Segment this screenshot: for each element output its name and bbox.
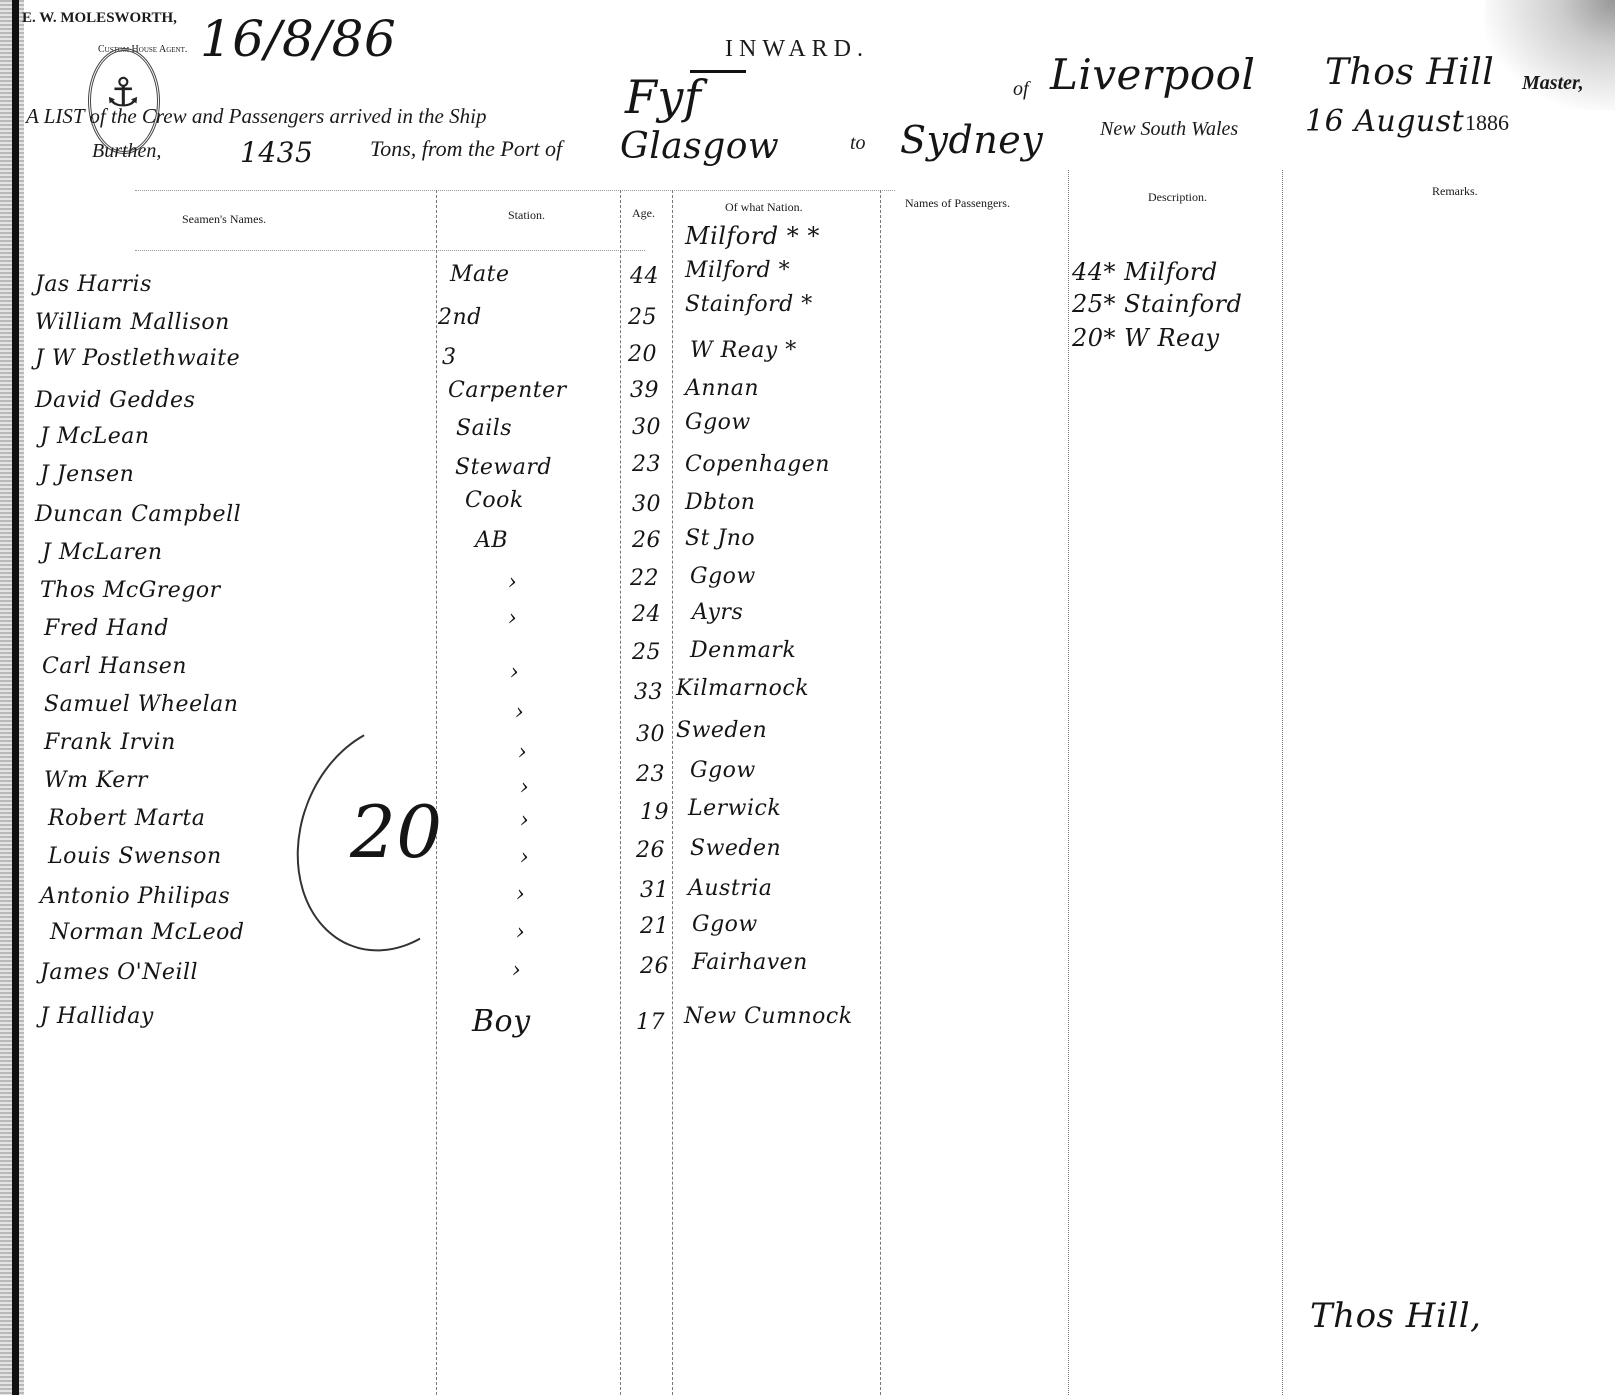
tons-from-label: Tons, from the Port of <box>370 136 562 162</box>
seaman-name: Robert Marta <box>48 806 205 831</box>
seaman-nation: Sweden <box>676 718 767 743</box>
seaman-nation: Fairhaven <box>692 950 808 975</box>
seaman-station: AB <box>475 528 508 553</box>
seaman-nation: Lerwick <box>688 796 781 821</box>
to-label: to <box>850 132 866 155</box>
seaman-age: 22 <box>630 566 659 591</box>
seaman-name: J Halliday <box>40 1004 154 1029</box>
seaman-name: Frank Irvin <box>44 730 176 755</box>
nation-overwrite: Milford * * <box>685 222 820 250</box>
ship-name: Fyf <box>625 70 701 124</box>
crew-total: 20 <box>350 790 443 874</box>
seaman-name: J McLean <box>40 424 150 449</box>
arrival-year: 1886 <box>1465 110 1509 136</box>
seaman-nation: Milford * <box>685 258 790 283</box>
page-binding-edge <box>0 0 24 1395</box>
seaman-nation: Denmark <box>690 638 796 663</box>
seaman-name: David Geddes <box>35 388 195 413</box>
list-line: A LIST of the Crew and Passengers arrive… <box>26 104 486 129</box>
seaman-station: 3 <box>442 345 457 370</box>
seaman-age: 26 <box>632 528 661 553</box>
seaman-name: J McLaren <box>42 540 163 565</box>
seaman-name: Norman McLeod <box>50 920 244 945</box>
seaman-age: 17 <box>636 1010 665 1035</box>
arrival-date: 16 August <box>1305 104 1464 139</box>
seaman-nation: Ggow <box>690 564 756 589</box>
col-nation: Of what Nation. <box>725 200 803 215</box>
seaman-age: 30 <box>632 492 661 517</box>
seaman-age: 24 <box>632 602 661 627</box>
home-port: Liverpool <box>1050 50 1255 99</box>
column-divider <box>620 190 621 1395</box>
seaman-nation: Stainford * <box>685 292 813 317</box>
seaman-age: 25 <box>632 640 661 665</box>
seaman-age: 26 <box>636 838 665 863</box>
seaman-age: 31 <box>640 878 669 903</box>
col-station: Station. <box>508 208 545 223</box>
seaman-nation: Ggow <box>690 758 756 783</box>
master-signature: Thos Hill, <box>1310 1296 1481 1336</box>
seaman-nation: St Jno <box>685 526 755 551</box>
seaman-station: Sails <box>456 416 512 441</box>
col-passenger-names: Names of Passengers. <box>905 196 1010 211</box>
column-divider <box>1068 170 1069 1395</box>
seaman-station: Steward <box>455 455 552 480</box>
description-note: 25* Stainford <box>1072 290 1242 318</box>
seaman-station: › <box>510 660 519 685</box>
seaman-nation: Kilmarnock <box>676 676 809 701</box>
seaman-name: Thos McGregor <box>40 578 221 603</box>
description-note: 44* Milford <box>1072 258 1218 286</box>
date-stamp: 16/8/86 <box>200 10 396 68</box>
seaman-station: Boy <box>472 1004 531 1039</box>
seaman-name: Carl Hansen <box>42 654 187 679</box>
seaman-age: 23 <box>632 452 661 477</box>
master-label: Master, <box>1522 72 1584 95</box>
header-rule <box>135 190 895 191</box>
column-divider <box>672 190 673 1395</box>
seaman-nation: Ggow <box>692 912 758 937</box>
description-note: 20* W Reay <box>1072 324 1220 352</box>
seaman-name: Samuel Wheelan <box>44 692 238 717</box>
seaman-station: › <box>515 700 524 725</box>
seaman-nation: Sweden <box>690 836 781 861</box>
seaman-name: Antonio Philipas <box>40 884 230 909</box>
seaman-age: 23 <box>636 762 665 787</box>
col-age: Age. <box>632 206 655 221</box>
port-to: Sydney <box>900 118 1043 162</box>
seaman-age: 44 <box>630 264 659 289</box>
seaman-age: 26 <box>640 954 669 979</box>
seaman-name: J Jensen <box>40 462 134 487</box>
seaman-name: Jas Harris <box>35 272 152 297</box>
port-from: Glasgow <box>620 126 779 167</box>
column-divider <box>880 190 881 1395</box>
seaman-age: 19 <box>640 800 669 825</box>
agent-name: E. W. MOLESWORTH, <box>22 10 177 27</box>
column-divider <box>1282 170 1283 1395</box>
seaman-age: 21 <box>640 914 669 939</box>
tonnage: 1435 <box>240 136 313 169</box>
seaman-name: William Mallison <box>35 310 230 335</box>
seaman-station: › <box>516 882 525 907</box>
seaman-station: › <box>508 606 517 631</box>
col-seamen-names: Seamen's Names. <box>182 212 266 227</box>
of-label: of <box>1013 78 1029 101</box>
seaman-nation: Annan <box>685 376 759 401</box>
colony: New South Wales <box>1100 118 1238 141</box>
seaman-name: J W Postlethwaite <box>35 346 240 371</box>
seaman-nation: Austria <box>688 876 772 901</box>
seaman-name: Fred Hand <box>44 616 169 641</box>
col-remarks: Remarks. <box>1432 184 1478 199</box>
seaman-station: › <box>512 958 521 983</box>
seaman-station: Mate <box>450 262 510 287</box>
seaman-station: › <box>520 845 529 870</box>
seaman-age: 33 <box>634 680 663 705</box>
burthen-label: Burthen, <box>92 140 161 163</box>
seaman-station: 2nd <box>438 305 482 330</box>
seaman-nation: New Cumnock <box>684 1004 853 1029</box>
seaman-nation: Dbton <box>685 490 755 515</box>
form-type: INWARD. <box>725 36 869 63</box>
master-name: Thos Hill <box>1325 52 1494 93</box>
seaman-age: 30 <box>636 722 665 747</box>
seaman-station: Cook <box>465 488 524 513</box>
seaman-name: James O'Neill <box>40 960 198 985</box>
seaman-nation: Copenhagen <box>685 452 830 477</box>
seaman-age: 39 <box>630 378 659 403</box>
seaman-age: 25 <box>628 305 657 330</box>
official-stamp: ⚓ <box>88 48 160 154</box>
seaman-station: › <box>518 740 527 765</box>
seaman-station: › <box>520 775 529 800</box>
seaman-age: 30 <box>632 415 661 440</box>
seaman-station: Carpenter <box>448 378 567 403</box>
seaman-name: Duncan Campbell <box>35 502 241 527</box>
seaman-station: › <box>516 920 525 945</box>
seaman-age: 20 <box>628 342 657 367</box>
seaman-nation: Ayrs <box>692 600 743 625</box>
seaman-name: Wm Kerr <box>44 768 148 793</box>
seaman-station: › <box>508 570 517 595</box>
seaman-station: › <box>520 808 529 833</box>
seaman-nation: W Reay * <box>690 338 797 363</box>
header-rule-bottom <box>135 250 645 251</box>
seaman-nation: Ggow <box>685 410 751 435</box>
col-description: Description. <box>1148 190 1207 205</box>
seaman-name: Louis Swenson <box>48 844 222 869</box>
